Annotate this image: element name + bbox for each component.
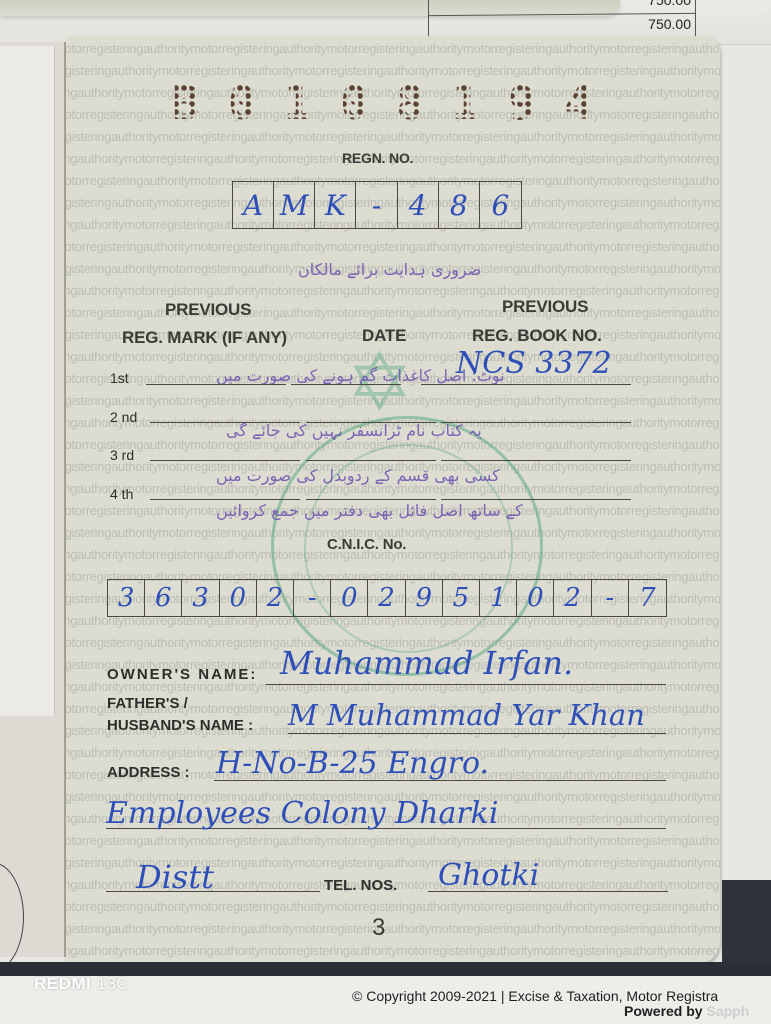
- rule: [306, 499, 436, 500]
- cnic-char: 6: [145, 580, 182, 616]
- pen-curve-mark: [0, 862, 24, 972]
- previous-reg-mark-label-line2: REG. MARK (IF ANY): [122, 328, 287, 348]
- watermark-line: motorregisteringauthoritymotorregisterin…: [66, 830, 720, 852]
- rule: [421, 384, 631, 385]
- paper-slip: [0, 46, 55, 716]
- serial-digit: 0: [340, 76, 368, 126]
- father-name-value: M Muhammad Yar Khan: [288, 698, 645, 732]
- cnic-char: 5: [443, 580, 480, 616]
- address-label: ADDRESS :: [107, 764, 190, 781]
- perforated-serial-number: B 0 1 0 8 1 9 4: [172, 76, 592, 126]
- father-name-label-line2: HUSBAND'S NAME :: [107, 717, 253, 734]
- address-line3-value: Distt: [136, 858, 214, 896]
- previous-book-number-value: NCS 3372: [456, 346, 612, 381]
- watermark-line: motorregisteringauthoritymotorregisterin…: [66, 126, 720, 148]
- regn-number-grid: A M K - 4 8 6: [232, 181, 522, 229]
- watermark-line: motorregisteringauthoritymotorregisterin…: [66, 280, 720, 302]
- cnic-char: 7: [629, 580, 666, 616]
- cnic-char: 2: [554, 580, 591, 616]
- rule: [288, 733, 666, 734]
- row-label-2nd: 2 nd: [110, 409, 137, 425]
- rule: [266, 684, 666, 685]
- rule: [150, 460, 300, 461]
- urdu-note-line: یہ کتاب نام ٹرانسفر نہیں کی جائے گی: [226, 421, 482, 440]
- regn-char: 8: [439, 182, 480, 228]
- watermark-line: motorregisteringauthoritymotorregisterin…: [66, 918, 720, 940]
- owner-name-value: Muhammad Irfan.: [280, 644, 573, 682]
- cnic-char: 3: [108, 580, 145, 616]
- regn-char: M: [274, 182, 315, 228]
- address-line1-value: H-No-B-25 Engro.: [216, 746, 489, 781]
- powered-by-label: Powered by: [624, 1003, 703, 1019]
- cnic-char: 1: [480, 580, 517, 616]
- address-line2-value: Employees Colony Dharki: [106, 796, 498, 831]
- regn-char: -: [356, 182, 397, 228]
- serial-digit: 1: [284, 76, 312, 126]
- rule: [146, 384, 286, 385]
- official-round-stamp: [271, 416, 543, 676]
- regn-no-label: REGN. NO.: [342, 150, 413, 166]
- cnic-char: 0: [331, 580, 368, 616]
- row-label-4th: 4 th: [110, 486, 133, 502]
- page-number: 3: [372, 914, 385, 942]
- regn-char: 4: [398, 182, 439, 228]
- powered-by-text: Powered by Sapph: [624, 1003, 749, 1019]
- row-label-1st: 1st: [110, 370, 129, 386]
- camera-brand: REDMI: [34, 974, 91, 993]
- serial-digit: 4: [564, 76, 592, 126]
- receipt-amount: 750.00: [648, 16, 691, 32]
- rule: [441, 460, 631, 461]
- previous-reg-mark-label-line1: PREVIOUS: [165, 300, 251, 320]
- cnic-char: 9: [406, 580, 443, 616]
- rule: [306, 460, 436, 461]
- regn-char: A: [233, 182, 274, 228]
- rule: [441, 499, 631, 500]
- regn-char: K: [315, 182, 356, 228]
- serial-digit: 9: [508, 76, 536, 126]
- cnic-char: 0: [220, 580, 257, 616]
- row-label-3rd: 3 rd: [110, 447, 134, 463]
- previous-page-edge: [0, 42, 66, 957]
- serial-digit: 1: [452, 76, 480, 126]
- serial-digit: 8: [396, 76, 424, 126]
- rule: [150, 422, 300, 423]
- rule: [441, 422, 631, 423]
- urdu-note-line: کسی بھی قسم کے ردوبدل کی صورت میں: [216, 466, 500, 485]
- serial-digit: 0: [228, 76, 256, 126]
- rule: [306, 422, 436, 423]
- watermark-line: motorregisteringauthoritymotorregisterin…: [66, 940, 720, 962]
- date-label: DATE: [362, 326, 406, 346]
- rule: [291, 384, 401, 385]
- watermark-line: motorregisteringauthoritymotorregisterin…: [66, 38, 720, 60]
- receipt-table: 750.00 750.00: [428, 0, 696, 36]
- urdu-note-header: ضروری ہدایت برائے مالکان: [298, 260, 481, 279]
- previous-book-label-line2: REG. BOOK NO.: [472, 326, 602, 346]
- camera-model: 13C: [97, 974, 130, 993]
- watermark-line: motorregisteringauthoritymotorregisterin…: [66, 896, 720, 918]
- cnic-char: 2: [257, 580, 294, 616]
- receipt-amount: 750.00: [648, 0, 691, 8]
- regn-char: 6: [480, 182, 521, 228]
- watermark-line: motorregisteringauthoritymotorregisterin…: [66, 236, 720, 258]
- tel-nos-label: TEL. NOS.: [324, 877, 397, 894]
- previous-book-label-line1: PREVIOUS: [502, 297, 588, 317]
- copyright-text: © Copyright 2009-2021 | Excise & Taxatio…: [352, 988, 718, 1004]
- cnic-char: -: [592, 580, 629, 616]
- cnic-char: 0: [517, 580, 554, 616]
- cnic-char: 3: [182, 580, 219, 616]
- serial-digit: B: [172, 76, 200, 126]
- cnic-number-grid: 3 6 3 0 2 - 0 2 9 5 1 0 2 - 7: [107, 579, 667, 617]
- father-name-label-line1: FATHER'S /: [107, 695, 188, 712]
- cnic-char: -: [294, 580, 331, 616]
- registration-book-page: motorregisteringauthoritymotorregisterin…: [66, 36, 720, 964]
- tel-nos-value: Ghotki: [438, 858, 539, 893]
- urdu-note-line: کے ساتھ اصل فائل بھی دفتر میں جمع کروائی…: [216, 501, 523, 520]
- owner-name-label: OWNER'S NAME:: [107, 666, 257, 683]
- camera-watermark: REDMI 13C: [34, 974, 129, 994]
- rule: [150, 499, 300, 500]
- cnic-char: 2: [368, 580, 405, 616]
- cnic-label: C.N.I.C. No.: [327, 536, 406, 553]
- powered-by-brand: Sapph: [706, 1003, 749, 1019]
